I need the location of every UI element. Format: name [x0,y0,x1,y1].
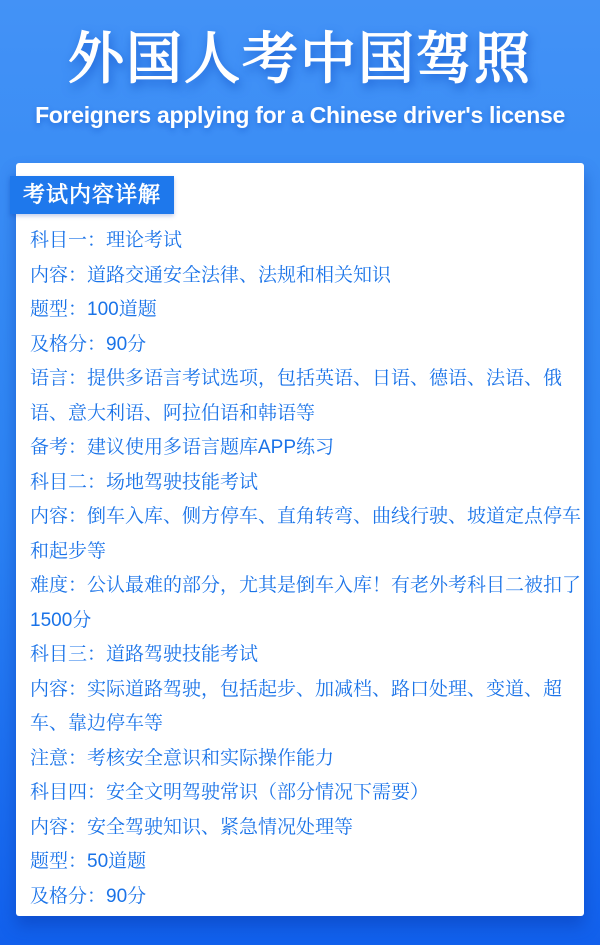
content-line: 1500分 [30,604,578,639]
content-card: 考试内容详解 科目一：理论考试内容：道路交通安全法律、法规和相关知识题型：100… [16,163,584,916]
content-line: 科目一：理论考试 [30,224,578,259]
content-line: 及格分：90分 [30,880,578,915]
card-content: 科目一：理论考试内容：道路交通安全法律、法规和相关知识题型：100道题及格分：9… [30,224,578,914]
content-line: 及格分：90分 [30,328,578,363]
page-header: 外国人考中国驾照 Foreigners applying for a Chine… [0,0,600,150]
content-line: 科目二：场地驾驶技能考试 [30,466,578,501]
content-line: 语言：提供多语言考试选项，包括英语、日语、德语、法语、俄 [30,362,578,397]
content-line: 车、靠边停车等 [30,707,578,742]
page-title: 外国人考中国驾照 [0,28,600,90]
content-line: 题型：50道题 [30,845,578,880]
section-badge: 考试内容详解 [10,176,174,214]
content-line: 内容：安全驾驶知识、紧急情况处理等 [30,811,578,846]
content-line: 语、意大利语、阿拉伯语和韩语等 [30,397,578,432]
page-subtitle: Foreigners applying for a Chinese driver… [0,102,600,129]
content-line: 备考：建议使用多语言题库APP练习 [30,431,578,466]
content-line: 内容：倒车入库、侧方停车、直角转弯、曲线行驶、坡道定点停车 [30,500,578,535]
content-line: 科目三：道路驾驶技能考试 [30,638,578,673]
content-line: 内容：道路交通安全法律、法规和相关知识 [30,259,578,294]
content-line: 内容：实际道路驾驶，包括起步、加减档、路口处理、变道、超 [30,673,578,708]
content-line: 和起步等 [30,535,578,570]
content-line: 科目四：安全文明驾驶常识（部分情况下需要） [30,776,578,811]
content-line: 题型：100道题 [30,293,578,328]
content-line: 注意：考核安全意识和实际操作能力 [30,742,578,777]
content-line: 难度：公认最难的部分，尤其是倒车入库！有老外考科目二被扣了 [30,569,578,604]
